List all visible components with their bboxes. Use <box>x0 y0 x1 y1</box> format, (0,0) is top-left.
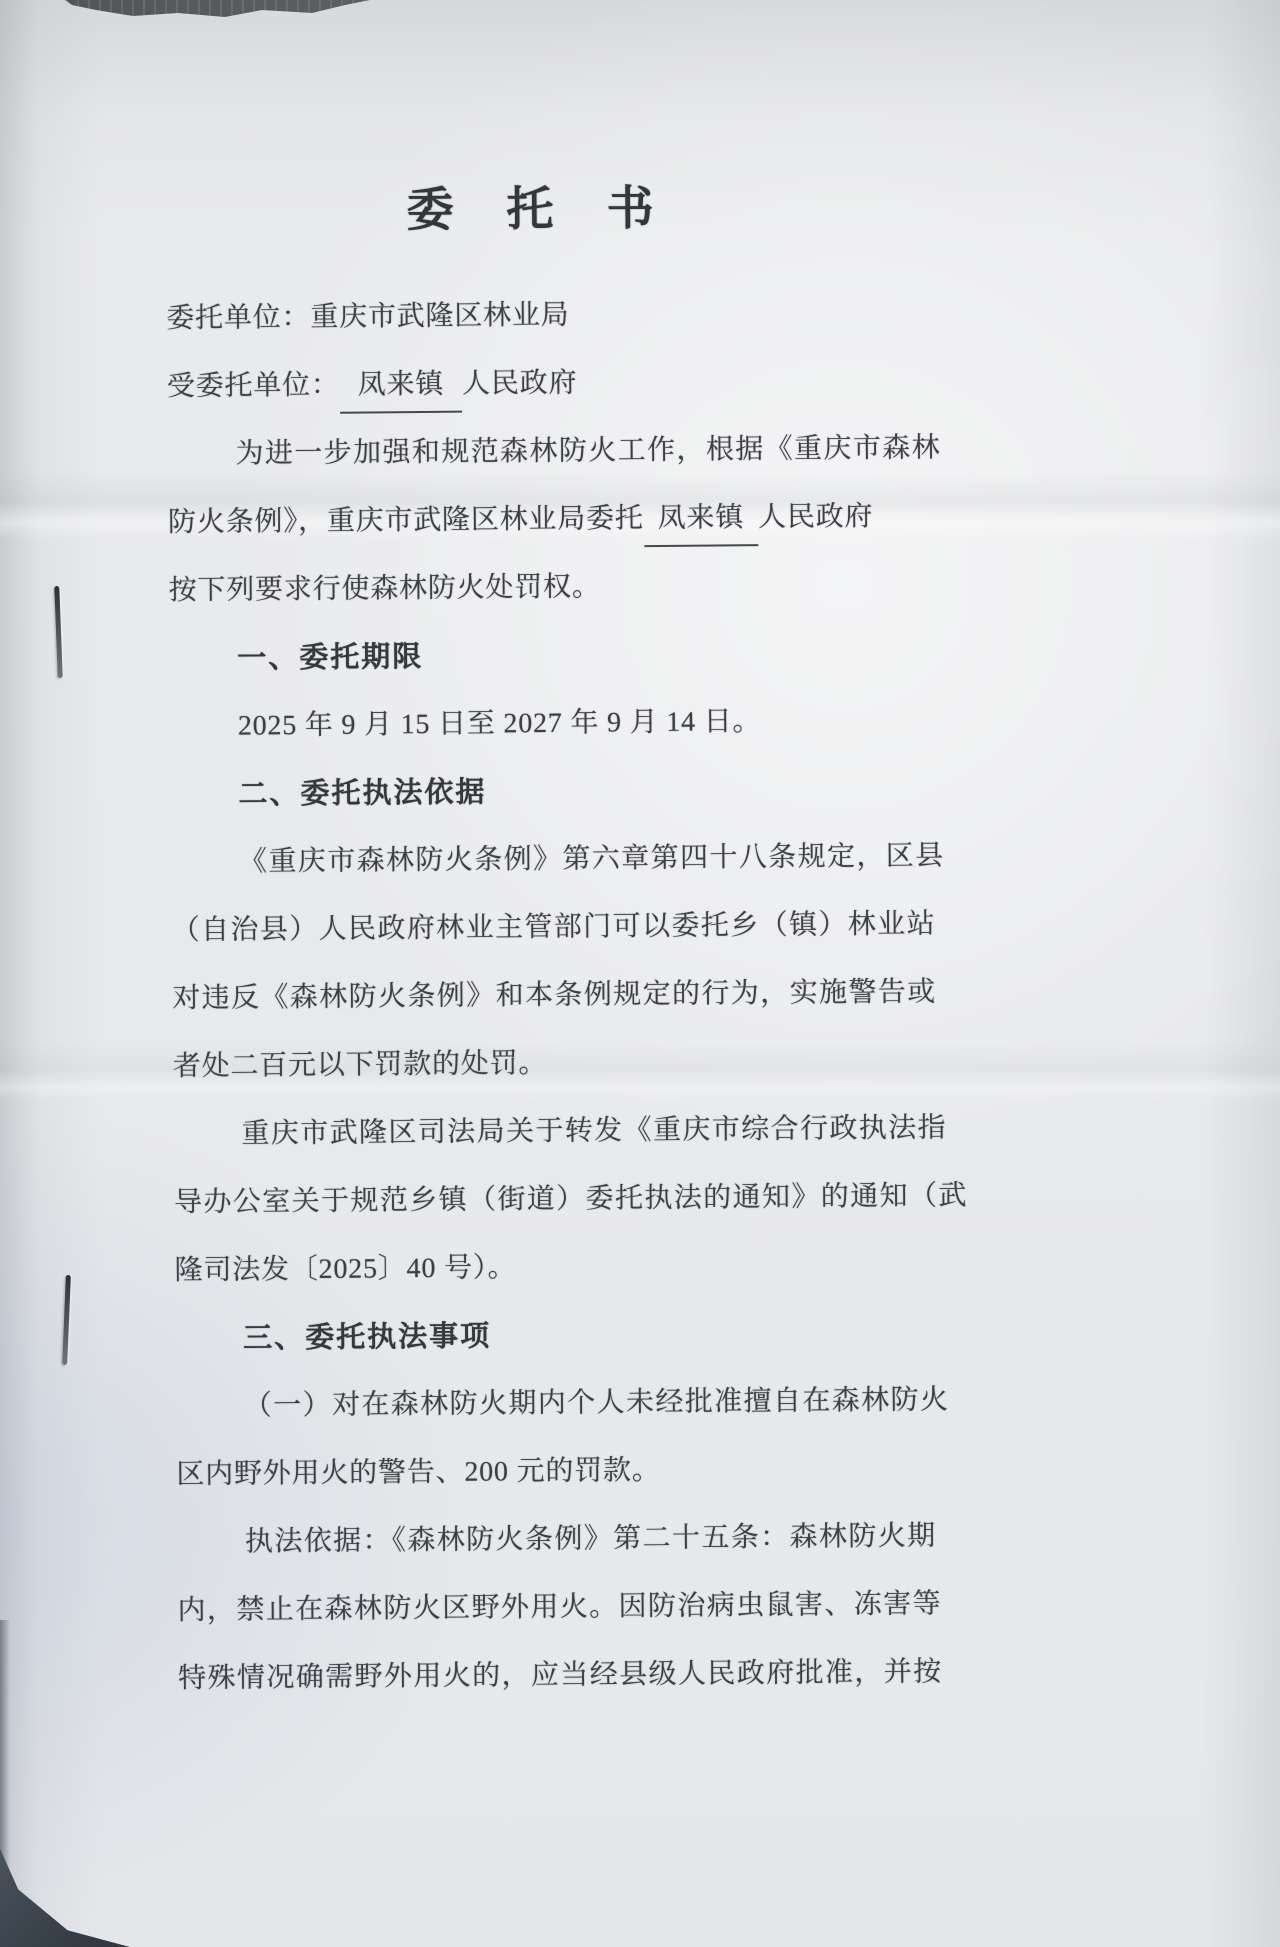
intro-line-post: 人民政府 <box>758 501 873 533</box>
basis-line: 隆司法发〔2025〕40 号）。 <box>174 1231 923 1306</box>
intro-line-pre: 防火条例》，重庆市武隆区林业局委托 <box>168 503 644 538</box>
entrusting-unit-line: 委托单位：重庆市武隆区林业局 <box>166 279 915 354</box>
entrusted-unit-line: 受委托单位：凤来镇人民政府 <box>167 347 916 422</box>
scanned-document-photo: 委 托 书 委托单位：重庆市武隆区林业局 受委托单位：凤来镇人民政府 为进一步加… <box>0 0 1280 1947</box>
basis-line: 导办公室关于规范乡镇（街道）委托执法的通知》的通知（武 <box>174 1163 923 1238</box>
staple-mark <box>54 586 63 678</box>
section-heading-3: 三、委托执法事项 <box>175 1299 924 1374</box>
photo-corner-background <box>0 1827 130 1947</box>
torn-paper-top-edge <box>0 0 420 20</box>
entrusted-unit-name-underlined: 凤来镇 <box>339 359 462 414</box>
intro-line: 按下列要求行使森林防火处罚权。 <box>168 551 917 626</box>
section-heading-1: 一、委托期限 <box>169 619 918 694</box>
page-title: 委 托 书 <box>166 169 914 241</box>
basis-line: 者处二百元以下罚款的处罚。 <box>173 1027 922 1102</box>
basis-line: （自治县）人民政府林业主管部门可以委托乡（镇）林业站 <box>171 891 920 966</box>
item-line: 区内野外用火的警告、200 元的罚款。 <box>176 1435 925 1510</box>
legal-basis-line: 特殊情况确需野外用火的，应当经县级人民政府批准，并按 <box>178 1639 927 1714</box>
document-body: 委托单位：重庆市武隆区林业局 受委托单位：凤来镇人民政府 为进一步加强和规范森林… <box>166 279 926 1713</box>
basis-line: 重庆市武隆区司法局关于转发《重庆市综合行政执法指 <box>173 1095 922 1170</box>
intro-line: 为进一步加强和规范森林防火工作，根据《重庆市森林 <box>167 415 916 490</box>
basis-line: 《重庆市森林防火条例》第六章第四十八条规定，区县 <box>171 823 920 898</box>
entrusted-unit-label: 受委托单位： <box>167 370 340 403</box>
entrustment-period: 2025 年 9 月 15 日至 2027 年 9 月 14 日。 <box>170 687 919 762</box>
legal-basis-line: 执法依据：《森林防火条例》第二十五条：森林防火期 <box>177 1503 926 1578</box>
section-heading-2: 二、委托执法依据 <box>170 755 919 830</box>
basis-line: 对违反《森林防火条例》和本条例规定的行为，实施警告或 <box>172 959 921 1034</box>
entrusted-unit-suffix: 人民政府 <box>462 368 577 400</box>
staple-mark <box>62 1275 71 1365</box>
entrusting-unit-label: 委托单位： <box>166 302 310 334</box>
entrusted-town-underlined: 凤来镇 <box>643 492 758 547</box>
intro-line: 防火条例》，重庆市武隆区林业局委托凤来镇人民政府 <box>168 483 917 558</box>
legal-basis-line: 内，禁止在森林防火区野外用火。因防治病虫鼠害、冻害等 <box>177 1571 926 1646</box>
entrusting-unit-value: 重庆市武隆区林业局 <box>310 300 569 333</box>
item-line: （一）对在森林防火期内个人未经批准擅自在森林防火 <box>176 1367 925 1442</box>
